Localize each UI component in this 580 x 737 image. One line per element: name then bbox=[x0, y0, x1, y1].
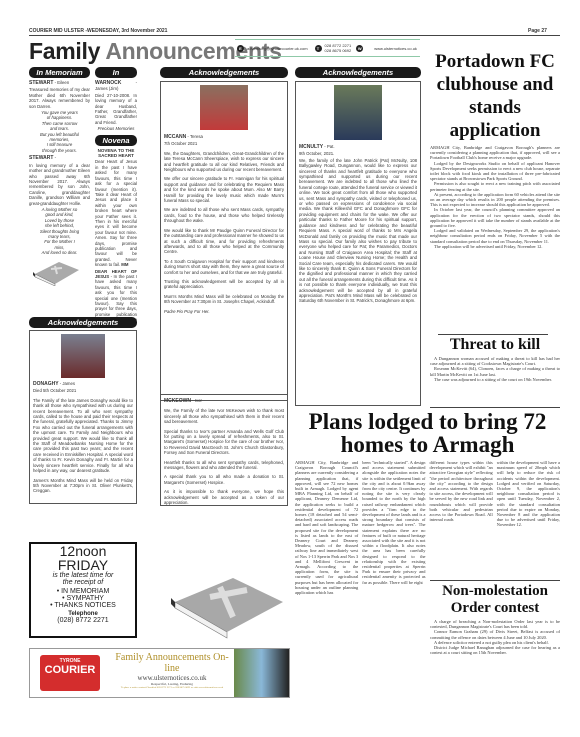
novena-heading: Novena bbox=[95, 135, 137, 146]
in-memoriam-column-2: In Memoriam WARNOCK - James (Jim) Died 2… bbox=[95, 67, 137, 329]
bible-icon bbox=[31, 260, 90, 291]
acknowledgements-heading-2: Acknowledgements bbox=[295, 67, 421, 78]
ack-mcnulty: Acknowledgements MCNULTY - Pat. 9th Octo… bbox=[295, 67, 421, 406]
ack-mckeown: MCKEOWN - Ivor We, the Family of the lat… bbox=[160, 394, 288, 506]
deadline-advert: 12noon FRIDAY is the latest time for the… bbox=[29, 542, 137, 638]
in-memoriam-heading-2: In Memoriam bbox=[95, 67, 137, 78]
family-announcements-banner[interactable]: TYRONE COURIER Family Announcements On-l… bbox=[29, 648, 290, 698]
poem-2: A loving Mother sogood and kind, Loved b… bbox=[29, 207, 90, 256]
in-memoriam-column-1: In Memoriam STEWART - Eileen Treasured m… bbox=[29, 67, 90, 291]
divider bbox=[438, 334, 548, 335]
page-number: Page 27 bbox=[528, 28, 547, 34]
acknowledgements-heading-3: Acknowledgements bbox=[29, 317, 137, 328]
article-portadown: Portadown FC clubhouse and stands applic… bbox=[430, 50, 560, 249]
web-icon: W bbox=[356, 45, 363, 52]
email-icon: E bbox=[237, 45, 244, 52]
in-memoriam-heading: In Memoriam bbox=[29, 67, 90, 78]
bible-icon-large bbox=[165, 572, 285, 647]
acknowledgements-heading: Acknowledgements bbox=[160, 67, 288, 78]
photo-mcnulty bbox=[334, 85, 382, 140]
ack-mccann: Acknowledgements MCCANN - Teresa 7th Oct… bbox=[160, 67, 288, 401]
ack-donaghy: Acknowledgements DONAGHY - James Died 5t… bbox=[29, 317, 137, 504]
phone-2: 028 8675 0692 bbox=[325, 49, 352, 54]
telephone-icon: T bbox=[315, 45, 322, 52]
header-rule bbox=[29, 35, 560, 36]
green-rule-bottom bbox=[235, 56, 420, 57]
divider-2 bbox=[430, 407, 560, 408]
poem-1: You gave me yearsof happiness. Then came… bbox=[29, 110, 90, 153]
banner-photos bbox=[234, 649, 289, 697]
website-link[interactable]: www.ulsternotices.co.uk bbox=[374, 46, 417, 51]
article-non-molestation: Non-molestation Order contest A charge o… bbox=[430, 580, 560, 655]
publication-line: COURIER MID ULSTER -WEDNESDAY, 3rd Novem… bbox=[29, 28, 167, 34]
photo-mccann bbox=[200, 85, 248, 130]
photo-donaghy bbox=[61, 334, 105, 378]
tyrone-courier-logo: TYRONE COURIER bbox=[40, 655, 100, 691]
email-link[interactable]: advertising@tyronecourier.uk.com bbox=[247, 46, 308, 51]
article-threat-to-kill: Threat to kill A Dungannon woman accused… bbox=[430, 336, 560, 382]
contact-bar: E advertising@tyronecourier.uk.com T 028… bbox=[237, 44, 417, 53]
